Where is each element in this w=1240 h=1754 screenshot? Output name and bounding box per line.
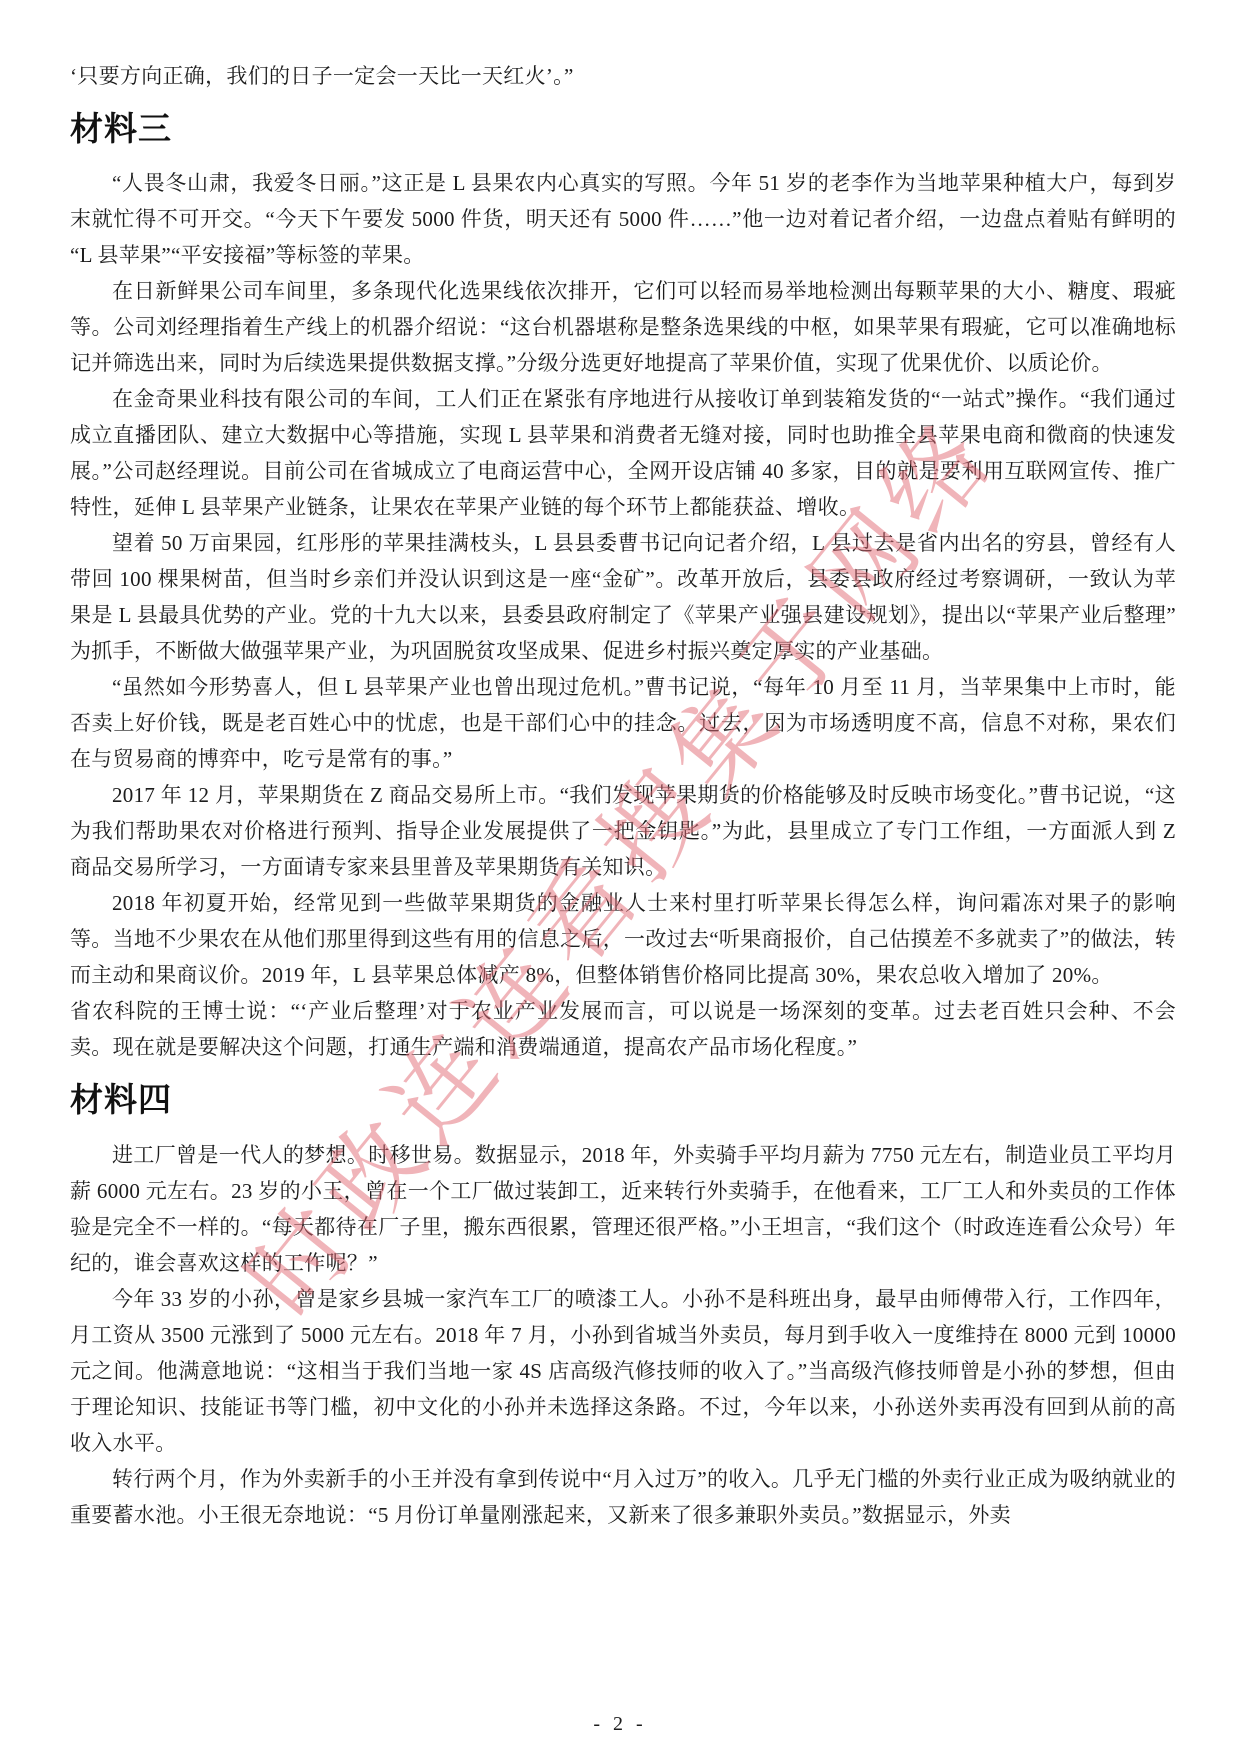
paragraph: 2017 年 12 月，苹果期货在 Z 商品交易所上市。“我们发现苹果期货的价格…: [70, 777, 1176, 885]
paragraph: 今年 33 岁的小孙，曾是家乡县城一家汽车工厂的喷漆工人。小孙不是科班出身，最早…: [70, 1281, 1176, 1461]
document-page: 时政连连看搜集于网络 ‘只要方向正确，我们的日子一定会一天比一天红火’。” 材料…: [0, 0, 1240, 1754]
paragraph: 望着 50 万亩果园，红彤彤的苹果挂满枝头，L 县县委曹书记向记者介绍，L 县过…: [70, 525, 1176, 669]
paragraph: 2018 年初夏开始，经常见到一些做苹果期货的金融业人士来村里打听苹果长得怎么样…: [70, 885, 1176, 993]
paragraph: “虽然如今形势喜人，但 L 县苹果产业也曾出现过危机。”曹书记说，“每年 10 …: [70, 669, 1176, 777]
document-content: ‘只要方向正确，我们的日子一定会一天比一天红火’。” 材料三“人畏冬山肃，我爱冬…: [70, 58, 1176, 1533]
page-number: - 2 -: [0, 1713, 1240, 1736]
material-sections: 材料三“人畏冬山肃，我爱冬日丽。”这正是 L 县果农内心真实的写照。今年 51 …: [70, 108, 1176, 1533]
paragraph: 在金奇果业科技有限公司的车间，工人们正在紧张有序地进行从接收订单到装箱发货的“一…: [70, 381, 1176, 525]
paragraph: “人畏冬山肃，我爱冬日丽。”这正是 L 县果农内心真实的写照。今年 51 岁的老…: [70, 165, 1176, 273]
section-heading: 材料三: [70, 108, 1176, 149]
lead-paragraph: ‘只要方向正确，我们的日子一定会一天比一天红火’。”: [70, 58, 1176, 94]
paragraph: 进工厂曾是一代人的梦想。时移世易。数据显示，2018 年，外卖骑手平均月薪为 7…: [70, 1137, 1176, 1281]
paragraph: 转行两个月，作为外卖新手的小王并没有拿到传说中“月入过万”的收入。几乎无门槛的外…: [70, 1461, 1176, 1533]
paragraph: 在日新鲜果公司车间里，多条现代化选果线依次排开，它们可以轻而易举地检测出每颗苹果…: [70, 273, 1176, 381]
paragraph: 省农科院的王博士说：“‘产业后整理’对于农业产业发展而言，可以说是一场深刻的变革…: [70, 993, 1176, 1065]
section-heading: 材料四: [70, 1079, 1176, 1120]
